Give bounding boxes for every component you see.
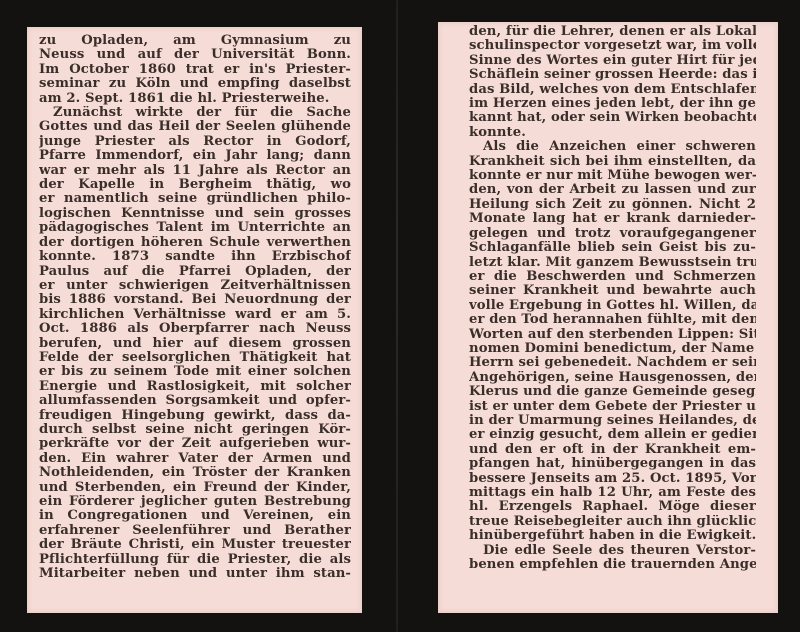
text-line: er einzig gesucht, dem allein er gedient bbox=[469, 428, 756, 442]
text-line: Sinne des Wortes ein guter Hirt für jede… bbox=[469, 54, 756, 68]
text-line: Angehörigen, seine Hausgenossen, den bbox=[469, 371, 756, 385]
text-line: Heilung sich Zeit zu gönnen. Nicht 2 bbox=[469, 198, 756, 212]
left-page-text: zu Opladen, am Gymnasium zu Neuss und au… bbox=[39, 34, 351, 581]
text-line: bessere Jenseits am 25. Oct. 1895, Vor- bbox=[469, 472, 756, 486]
text-line: berufen, und hier auf diesem grossen bbox=[39, 337, 351, 351]
text-line: treue Reisebegleiter auch ihn glücklich bbox=[469, 515, 756, 529]
text-line: schulinspector vorgesetzt war, im vollen bbox=[469, 39, 756, 53]
text-line: letzt klar. Mit ganzem Bewusstsein trug bbox=[469, 256, 756, 270]
text-line: seminar zu Köln und empfing daselbst bbox=[39, 77, 351, 91]
text-line: kannt hat, oder sein Wirken beobachten bbox=[469, 111, 756, 125]
text-line: Pflichterfüllung für die Priester, die a… bbox=[39, 553, 351, 567]
text-line: Schäflein seiner grossen Heerde: das ist bbox=[469, 68, 756, 82]
text-line: volle Ergebung in Gottes hl. Willen, da bbox=[469, 299, 756, 313]
text-line: Schlaganfälle blieb sein Geist bis zu- bbox=[469, 241, 756, 255]
text-line: hinübergeführt haben in die Ewigkeit. bbox=[469, 529, 756, 543]
text-line: Mitarbeiter neben und unter ihm stan- bbox=[39, 567, 351, 581]
text-line: er den Tod herannahen fühlte, mit den bbox=[469, 313, 756, 327]
text-line: hl. Erzengels Raphael. Möge dieser bbox=[469, 500, 756, 514]
text-line: logischen Kenntnisse und sein grosses bbox=[39, 207, 351, 221]
text-line: kirchlichen Verhältnisse ward er am 5. bbox=[39, 308, 351, 322]
text-line: zu Opladen, am Gymnasium zu bbox=[39, 34, 351, 48]
text-line: Felde der seelsorglichen Thätigkeit hat bbox=[39, 351, 351, 365]
text-line: freudigen Hingebung gewirkt, dass da- bbox=[39, 409, 351, 423]
text-line: Nothleidenden, ein Tröster der Kranken bbox=[39, 466, 351, 480]
text-line: bis 1886 vorstand. Bei Neuordnung der bbox=[39, 293, 351, 307]
text-line: er die Beschwerden und Schmerzen bbox=[469, 270, 756, 284]
text-line: er unter schwierigen Zeitverhältnissen bbox=[39, 279, 351, 293]
text-line: konnte. bbox=[469, 126, 756, 140]
text-line: der dortigen höheren Schule verwerthen bbox=[39, 236, 351, 250]
paragraph-start-line: Als die Anzeichen einer schweren bbox=[469, 140, 756, 154]
text-line: pfangen hat, hinübergegangen in das bbox=[469, 457, 756, 471]
text-line: Krankheit sich bei ihm einstellten, da bbox=[469, 155, 756, 169]
text-line: pädagogisches Talent im Unterrichte an bbox=[39, 221, 351, 235]
text-line: ein Förderer jeglicher guten Bestrebung bbox=[39, 495, 351, 509]
text-line: den, von der Arbeit zu lassen und zur bbox=[469, 183, 756, 197]
text-line: junge Priester als Rector in Godorf, bbox=[39, 135, 351, 149]
text-line: in der Umarmung seines Heilandes, den bbox=[469, 414, 756, 428]
text-line: der Kapelle in Bergheim thätig, wo bbox=[39, 178, 351, 192]
text-line: konnte er nur mit Mühe bewogen wer- bbox=[469, 169, 756, 183]
text-line: er bis zu seinem Tode mit einer solchen bbox=[39, 365, 351, 379]
page-gutter bbox=[396, 0, 398, 632]
text-line: nomen Domini benedictum, der Name des bbox=[469, 342, 756, 356]
text-line: Oct. 1886 als Oberpfarrer nach Neuss bbox=[39, 322, 351, 336]
text-line: allumfassenden Sorgsamkeit und opfer- bbox=[39, 394, 351, 408]
text-line: Monate lang hat er krank darnieder- bbox=[469, 212, 756, 226]
text-line: konnte. 1873 sandte ihn Erzbischof bbox=[39, 250, 351, 264]
left-page: zu Opladen, am Gymnasium zu Neuss und au… bbox=[27, 27, 362, 613]
text-line: ist er unter dem Gebete der Priester und bbox=[469, 400, 756, 414]
text-line: gelegen und trotz voraufgegangener bbox=[469, 227, 756, 241]
paragraph-start-line: Zunächst wirkte der für die Sache bbox=[39, 106, 351, 120]
text-line: und den er oft in der Krankheit em- bbox=[469, 443, 756, 457]
text-line: durch selbst seine nicht geringen Kör- bbox=[39, 423, 351, 437]
text-line: das Bild, welches von dem Entschlafenen bbox=[469, 83, 756, 97]
text-line: den. Ein wahrer Vater der Armen und bbox=[39, 452, 351, 466]
text-line: Herrn sei gebenedeit. Nachdem er seine bbox=[469, 356, 756, 370]
text-line: Pfarre Immendorf, ein Jahr lang; dann bbox=[39, 149, 351, 163]
text-line: im Herzen eines jeden lebt, der ihn ge- bbox=[469, 97, 756, 111]
text-line: er namentlich seine gründlichen philo- bbox=[39, 192, 351, 206]
text-line: war er mehr als 11 Jahre als Rector an bbox=[39, 164, 351, 178]
text-line: Energie und Rastlosigkeit, mit solcher bbox=[39, 380, 351, 394]
text-line: mittags ein halb 12 Uhr, am Feste des bbox=[469, 486, 756, 500]
text-line: erfahrener Seelenführer und Berather bbox=[39, 524, 351, 538]
text-line: am 2. Sept. 1861 die hl. Priesterweihe. bbox=[39, 92, 351, 106]
text-line: in Congregationen und Vereinen, ein bbox=[39, 509, 351, 523]
text-line: den, für die Lehrer, denen er als Lokal- bbox=[469, 25, 756, 39]
right-page: den, für die Lehrer, denen er als Lokal-… bbox=[438, 22, 778, 613]
text-line: Gottes und das Heil der Seelen glühende bbox=[39, 120, 351, 134]
text-line: und Sterbenden, ein Freund der Kinder, bbox=[39, 481, 351, 495]
text-line: der Bräute Christi, ein Muster treuester bbox=[39, 538, 351, 552]
text-line: Worten auf den sterbenden Lippen: Sit bbox=[469, 328, 756, 342]
text-line: Klerus und die ganze Gemeinde gesegnet, bbox=[469, 385, 756, 399]
text-line: Neuss und auf der Universität Bonn. bbox=[39, 48, 351, 62]
text-line: Im October 1860 trat er in's Priester- bbox=[39, 63, 351, 77]
text-line: benen empfehlen die trauernden Ange- bbox=[469, 558, 756, 572]
right-page-text: den, für die Lehrer, denen er als Lokal-… bbox=[469, 25, 756, 572]
text-line: seiner Krankheit und bewahrte auch bbox=[469, 284, 756, 298]
paragraph-start-line: Die edle Seele des theuren Verstor- bbox=[469, 544, 756, 558]
text-line: Paulus auf die Pfarrei Opladen, der bbox=[39, 265, 351, 279]
text-line: perkräfte vor der Zeit aufgerieben wur- bbox=[39, 437, 351, 451]
